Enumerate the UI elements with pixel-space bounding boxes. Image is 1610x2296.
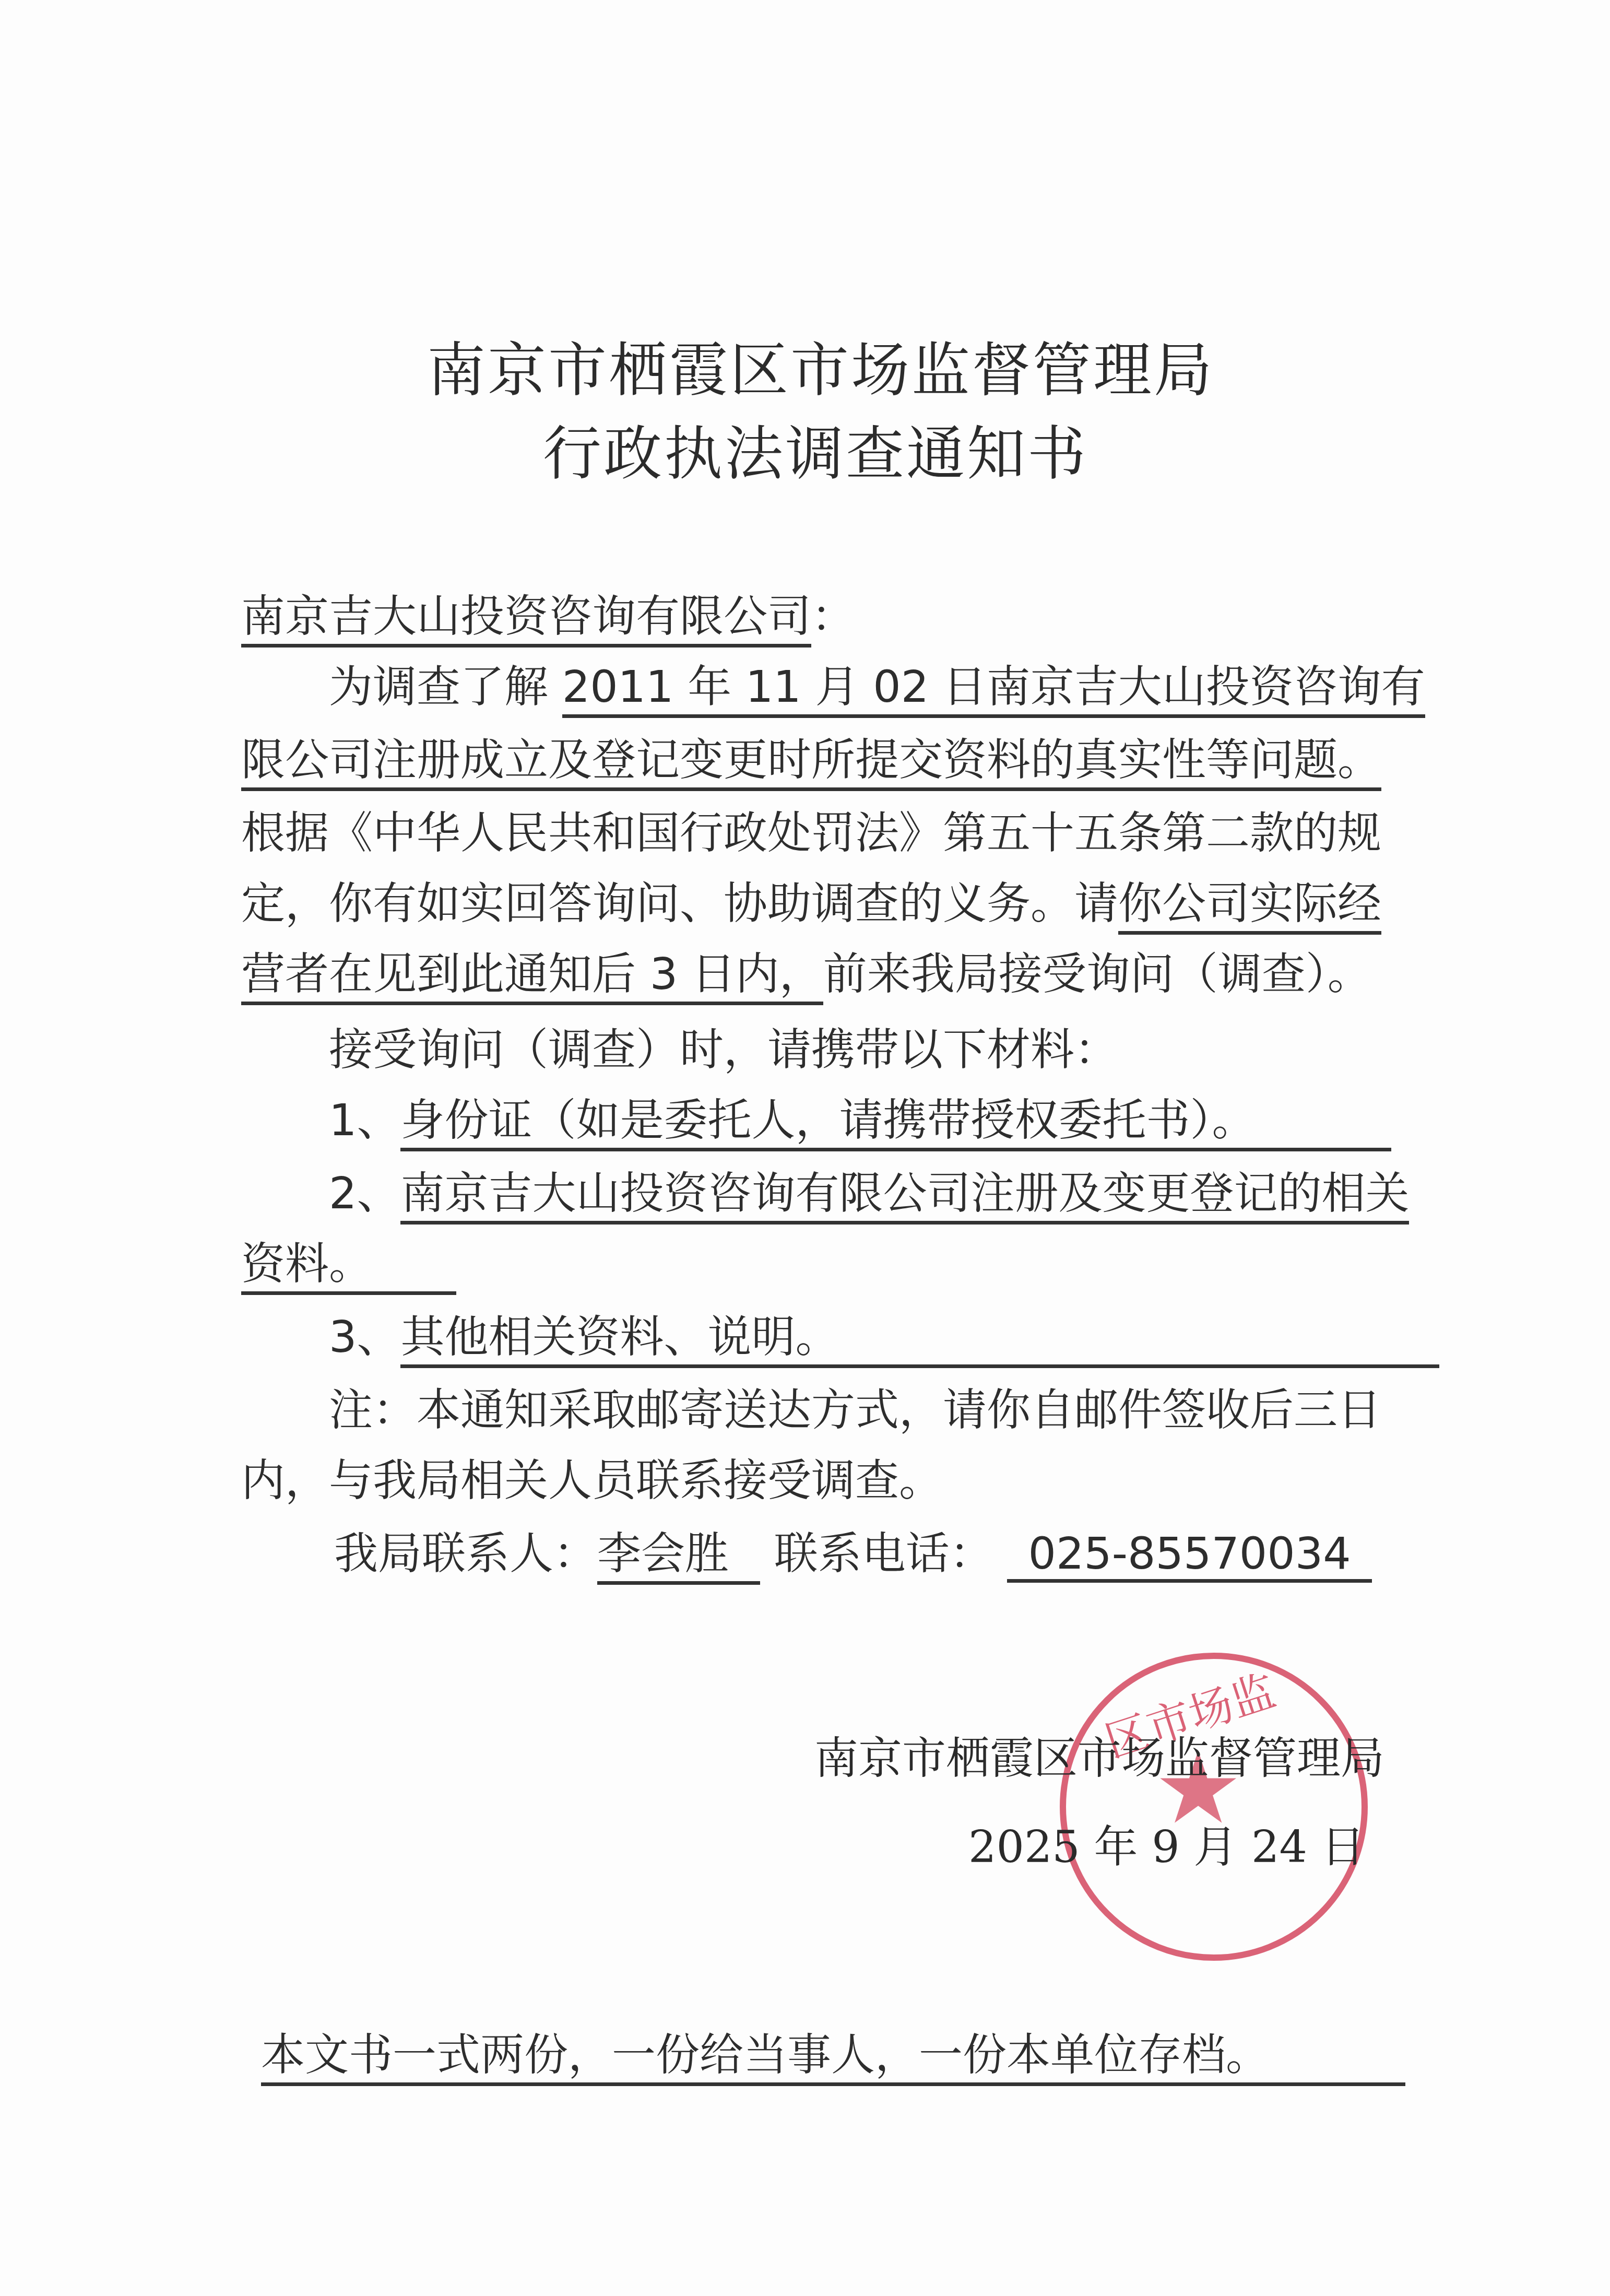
contact-line: 我局联系人：李会胜 联系电话： 025-85570034 [334,1527,1493,1580]
issuer-name: 南京市栖霞区市场监督管理局 [814,1723,1384,1786]
contact-name: 李会胜 [597,1528,760,1585]
material-item-3: 3、其他相关资料、说明。 [329,1311,1488,1363]
body-line-5: 营者在见到此通知后 3 日内，前来我局接受询问（调查）。 [241,948,1400,1000]
body-p2-line1: 根据《中华人民共和国行政处罚法》第五十五条第二款的规 [241,807,1381,858]
body-p2-line2-prefix: 定，你有如实回答询问、协助调查的义务。请 [241,878,1118,929]
material-item-3-num: 3、 [329,1311,400,1362]
body-p2-line3-suffix: 前来我局接受询问（调查）。 [823,948,1371,999]
body-line-1: 为调查了解 2011 年 11 月 02 日南京吉大山投资咨询有 [329,661,1488,713]
phone-label: 联系电话： [774,1528,993,1579]
contact-label: 我局联系人： [334,1528,597,1579]
body-line-3: 根据《中华人民共和国行政处罚法》第五十五条第二款的规 [241,807,1400,859]
document-title-notice: 行政执法调查通知书 [10,407,1610,491]
material-item-2-num: 2、 [329,1168,400,1219]
recipient-colon: ： [811,591,855,642]
body-line-4: 定，你有如实回答询问、协助调查的义务。请你公司实际经 [241,877,1400,929]
footer-note-text: 本文书一式两份，一份给当事人，一份本单位存档。 [261,2029,1405,2086]
materials-intro: 接受询问（调查）时，请携带以下材料： [329,1023,1488,1076]
material-item-1-num: 1、 [329,1094,400,1146]
material-item-2-cont-text: 资料。 [241,1238,456,1295]
recipient-line: 南京吉大山投资咨询有限公司： [241,590,1400,642]
material-item-2-continuation: 资料。 [241,1238,1400,1290]
document-page: 南京市栖霞区市场监督管理局 行政执法调查通知书 南京吉大山投资咨询有限公司： 为… [0,0,1610,2296]
recipient-name: 南京吉大山投资咨询有限公司 [241,591,811,647]
body-p2-line2-underlined: 你公司实际经 [1118,878,1381,935]
note-line-2: 内，与我局相关人员联系接受调查。 [241,1454,1400,1506]
material-item-1-text: 身份证（如是委托人，请携带授权委托书）。 [400,1094,1391,1151]
body-p1-underlined-b: 限公司注册成立及登记变更时所提交资料的真实性等问题。 [241,734,1381,791]
material-item-2: 2、南京吉大山投资咨询有限公司注册及变更登记的相关 [329,1167,1488,1219]
document-title-agency: 南京市栖霞区市场监督管理局 [16,324,1610,408]
note-line-1-text: 注：本通知采取邮寄送达方式，请你自邮件签收后三日 [329,1384,1381,1435]
body-line-2: 限公司注册成立及登记变更时所提交资料的真实性等问题。 [241,734,1400,786]
issue-date: 2025 年 9 月 24 日 [968,1812,1365,1875]
material-item-3-text: 其他相关资料、说明。 [400,1311,1439,1368]
material-item-1: 1、身份证（如是委托人，请携带授权委托书）。 [329,1094,1488,1146]
body-p1-prefix: 为调查了解 [329,661,548,712]
note-line-1: 注：本通知采取邮寄送达方式，请你自邮件签收后三日 [329,1384,1488,1436]
footer-note: 本文书一式两份，一份给当事人，一份本单位存档。 [261,2029,1420,2081]
note-line-2-text: 内，与我局相关人员联系接受调查。 [241,1455,943,1506]
phone-number: 025-85570034 [1007,1528,1371,1583]
body-p1-underlined-a: 2011 年 11 月 02 日南京吉大山投资咨询有 [562,661,1425,718]
materials-intro-text: 接受询问（调查）时，请携带以下材料： [329,1024,1118,1075]
body-p2-line3-underlined: 营者在见到此通知后 3 日内， [241,948,823,1005]
material-item-2-text: 南京吉大山投资咨询有限公司注册及变更登记的相关 [400,1168,1409,1224]
